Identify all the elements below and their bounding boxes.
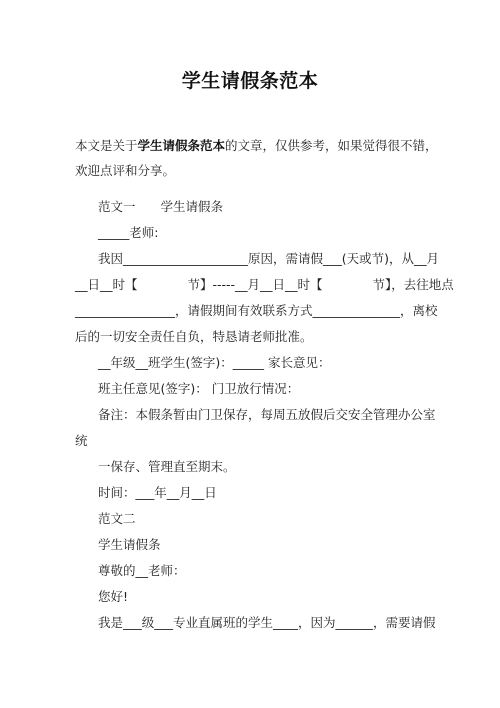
intro-line-1: 本文是关于学生请假条范本的文章，仅供参考，如果觉得很不错，	[75, 138, 438, 154]
intro-bold-title: 学生请假条范本	[138, 138, 226, 153]
sample2-subtitle: 学生请假条	[98, 537, 161, 553]
sample1-teacher-opinion: 班主任意见(签字)： 门卫放行情况：	[98, 381, 299, 397]
sample1-note-line-1: 备注：本假条暂由门卫保存，每周五放假后交安全管理办公室	[98, 407, 436, 423]
sample1-body-line-4: 后的一切安全责任自负，特恳请老师批准。	[75, 329, 313, 345]
sample1-body-line-3: ________________，请假期间有效联系方式_____________…	[75, 303, 438, 319]
intro-prefix: 本文是关于	[75, 138, 138, 153]
sample1-heading: 范文一 学生请假条	[98, 199, 223, 215]
sample2-body-line-1: 我是___级___专业直属班的学生____，因为______，需要请假	[98, 615, 436, 631]
sample1-signature: __年级__班学生(签字)：_____ 家长意见：	[98, 355, 330, 371]
sample1-body-line-1: 我因____________________原因，需请假___(天或节)，从__…	[98, 251, 439, 267]
sample1-note-line-3: 一保存、管理直至期末。	[98, 459, 236, 475]
sample1-date: 时间：___年__月__日	[98, 485, 217, 501]
document-title: 学生请假条范本	[0, 66, 500, 93]
sample1-body-line-2: __日__时【 节】-----__月__日__时【 节】，去往地点	[75, 277, 454, 293]
intro-suffix: 的文章，仅供参考，如果觉得很不错，	[225, 138, 438, 153]
sample1-note-line-2: 统	[75, 433, 88, 449]
sample2-salutation: 尊敬的__老师：	[98, 563, 186, 579]
sample2-greeting: 您好!	[98, 589, 128, 605]
sample2-heading: 范文二	[98, 511, 136, 527]
intro-line-2: 欢迎点评和分享。	[75, 163, 175, 179]
sample1-salutation: _____老师:	[98, 225, 158, 241]
